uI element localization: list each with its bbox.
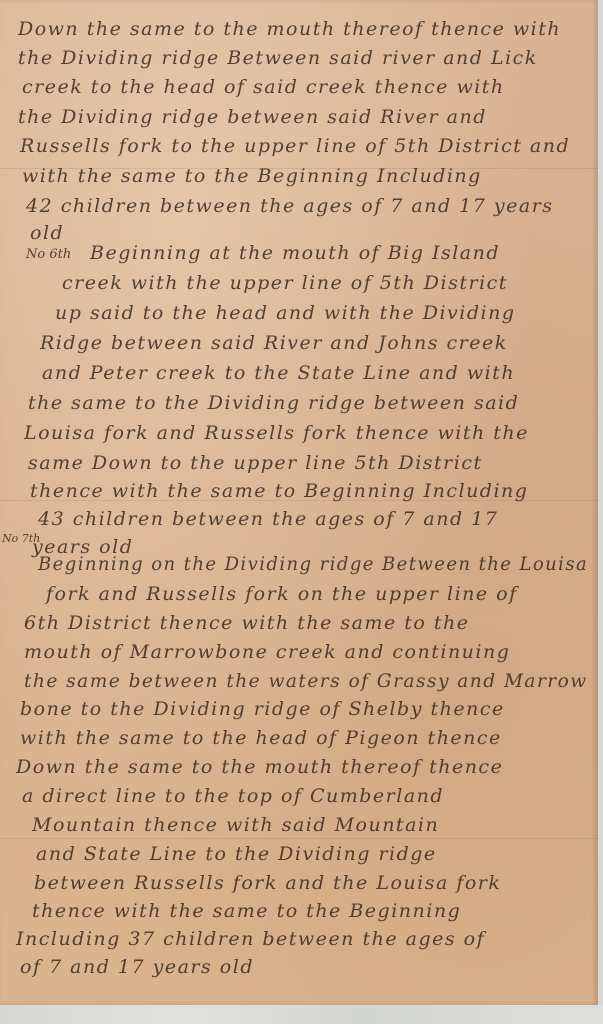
text-line: 42 children between the ages of 7 and 17… (26, 195, 554, 217)
scanner-background-strip (0, 1005, 603, 1024)
text-line: mouth of Marrowbone creek and continuing (24, 641, 510, 663)
text-line: Down the same to the mouth thereof thenc… (16, 756, 503, 778)
text-line: bone to the Dividing ridge of Shelby the… (20, 698, 505, 720)
text-line: Beginning at the mouth of Big Island (90, 242, 500, 264)
text-line: 6th District thence with the same to the (24, 612, 469, 634)
text-line: Mountain thence with said Mountain (32, 814, 439, 836)
manuscript-page: Down the same to the mouth thereof thenc… (0, 0, 598, 1005)
text-line: the same between the waters of Grassy an… (24, 670, 588, 692)
text-line: between Russells fork and the Louisa for… (34, 872, 501, 894)
text-line: Including 37 children between the ages o… (16, 928, 485, 950)
paper-fold (0, 838, 598, 839)
text-line: same Down to the upper line 5th District (28, 452, 483, 474)
text-line: Ridge between said River and Johns creek (40, 332, 508, 354)
text-line: with the same to the Beginning Including (22, 165, 482, 187)
text-line: Louisa fork and Russells fork thence wit… (24, 422, 529, 444)
margin-note-district-6: No 6th (26, 247, 71, 262)
text-line: Russells fork to the upper line of 5th D… (20, 135, 570, 157)
text-line: of 7 and 17 years old (20, 956, 254, 978)
text-line: Down the same to the mouth thereof thenc… (18, 18, 561, 40)
text-line: creek to the head of said creek thence w… (22, 76, 505, 98)
text-line: fork and Russells fork on the upper line… (46, 583, 518, 605)
text-line: old (30, 222, 64, 244)
text-line: the Dividing ridge Between said river an… (18, 47, 538, 69)
text-line: a direct line to the top of Cumberland (22, 785, 444, 807)
text-line: 43 children between the ages of 7 and 17 (38, 508, 498, 530)
text-line: thence with the same to the Beginning (32, 900, 461, 922)
text-line: thence with the same to Beginning Includ… (30, 480, 528, 502)
text-line: with the same to the head of Pigeon then… (20, 727, 502, 749)
text-line: and State Line to the Dividing ridge (36, 843, 437, 865)
text-line: up said to the head and with the Dividin… (55, 302, 516, 324)
text-line: and Peter creek to the State Line and wi… (42, 362, 515, 384)
text-line: creek with the upper line of 5th Distric… (62, 272, 508, 294)
text-line: the same to the Dividing ridge between s… (28, 392, 519, 414)
margin-note-district-7: No 7th (2, 532, 40, 545)
text-line: Beginning on the Dividing ridge Between … (38, 553, 588, 575)
text-line: the Dividing ridge between said River an… (18, 106, 487, 128)
